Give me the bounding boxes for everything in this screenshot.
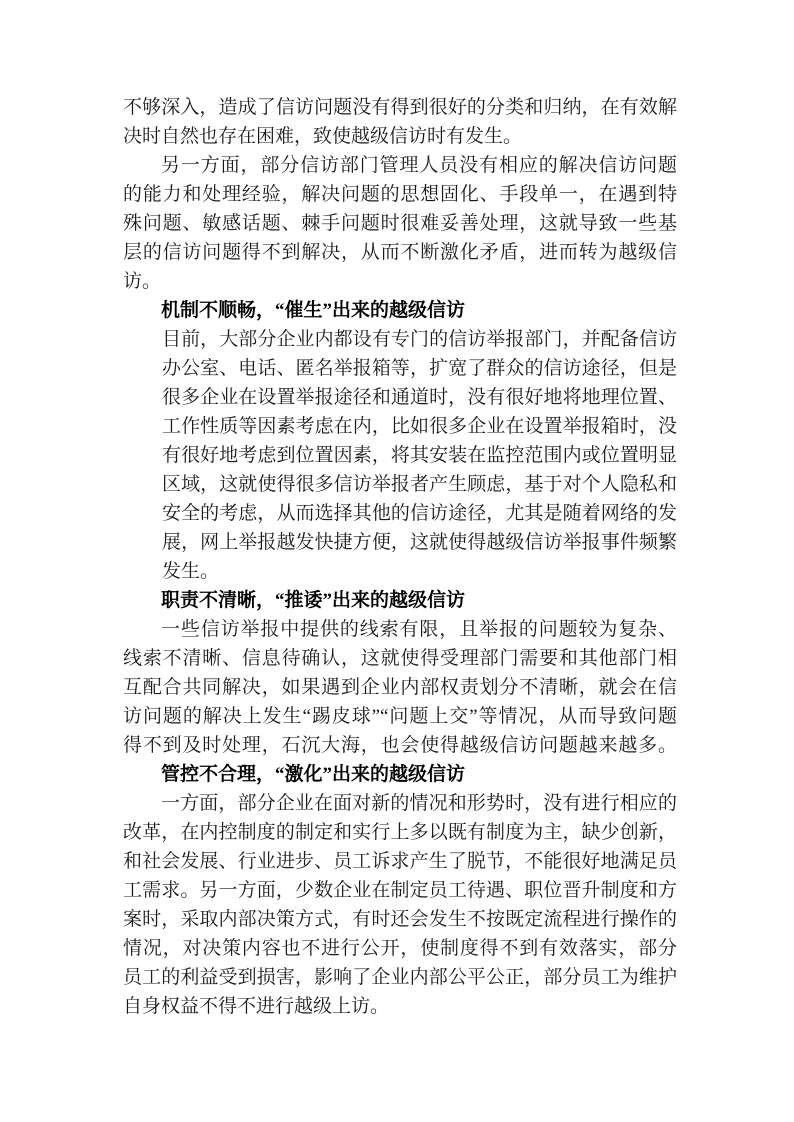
section-heading: 机制不顺畅，“催生”出来的越级信访 xyxy=(123,296,677,325)
text-line: 的能力和处理经验，解决问题的思想固化、手段单一，在遇到特 xyxy=(123,180,677,209)
text-line: 工需求。另一方面，少数企业在制定员工待遇、职位晋升制度和方 xyxy=(123,876,677,905)
text-line: 发生。 xyxy=(162,557,677,586)
document-body: 不够深入，造成了信访问题没有得到很好的分类和归纳，在有效解决时自然也存在困难，致… xyxy=(123,93,677,1021)
text-line: 一方面，部分企业在面对新的情况和形势时，没有进行相应的 xyxy=(123,789,677,818)
text-line: 改革，在内控制度的制定和实行上多以既有制度为主，缺少创新， xyxy=(123,818,677,847)
text-line: 不够深入，造成了信访问题没有得到很好的分类和归纳，在有效解 xyxy=(123,93,677,122)
text-line: 情况，对决策内容也不进行公开，使制度得不到有效落实，部分 xyxy=(123,934,677,963)
text-line: 有很好地考虑到位置因素，将其安装在监控范围内或位置明显 xyxy=(162,441,677,470)
text-line: 办公室、电话、匿名举报箱等，扩宽了群众的信访途径，但是 xyxy=(162,354,677,383)
text-line: 互配合共同解决，如果遇到企业内部权责划分不清晰，就会在信 xyxy=(123,673,677,702)
text-line: 另一方面，部分信访部门管理人员没有相应的解决信访问题 xyxy=(123,151,677,180)
document-page: 不够深入，造成了信访问题没有得到很好的分类和归纳，在有效解决时自然也存在困难，致… xyxy=(0,0,794,1122)
text-line: 访。 xyxy=(123,267,677,296)
text-line: 得不到及时处理，石沉大海，也会使得越级信访问题越来越多。 xyxy=(123,731,677,760)
text-line: 线索不清晰、信息待确认，这就使得受理部门需要和其他部门相 xyxy=(123,644,677,673)
section-heading: 管控不合理，“激化”出来的越级信访 xyxy=(123,760,677,789)
text-line: 员工的利益受到损害，影响了企业内部公平公正，部分员工为维护 xyxy=(123,963,677,992)
text-line: 展，网上举报越发快捷方便，这就使得越级信访举报事件频繁 xyxy=(162,528,677,557)
text-line: 安全的考虑，从而选择其他的信访途径，尤其是随着网络的发 xyxy=(162,499,677,528)
text-line: 殊问题、敏感话题、棘手问题时很难妥善处理，这就导致一些基 xyxy=(123,209,677,238)
text-line: 工作性质等因素考虑在内，比如很多企业在设置举报箱时，没 xyxy=(162,412,677,441)
text-line: 案时，采取内部决策方式，有时还会发生不按既定流程进行操作的 xyxy=(123,905,677,934)
text-line: 一些信访举报中提供的线索有限，且举报的问题较为复杂、 xyxy=(123,615,677,644)
section-heading: 职责不清晰，“推诿”出来的越级信访 xyxy=(123,586,677,615)
text-line: 区域，这就使得很多信访举报者产生顾虑，基于对个人隐私和 xyxy=(162,470,677,499)
text-line: 很多企业在设置举报途径和通道时，没有很好地将地理位置、 xyxy=(162,383,677,412)
text-line: 目前，大部分企业内都设有专门的信访举报部门，并配备信访 xyxy=(162,325,677,354)
text-line: 层的信访问题得不到解决，从而不断激化矛盾，进而转为越级信 xyxy=(123,238,677,267)
text-line: 决时自然也存在困难，致使越级信访时有发生。 xyxy=(123,122,677,151)
text-line: 访问题的解决上发生“踢皮球”“问题上交”等情况，从而导致问题 xyxy=(123,702,677,731)
text-line: 自身权益不得不进行越级上访。 xyxy=(123,992,677,1021)
text-line: 和社会发展、行业进步、员工诉求产生了脱节，不能很好地满足员 xyxy=(123,847,677,876)
